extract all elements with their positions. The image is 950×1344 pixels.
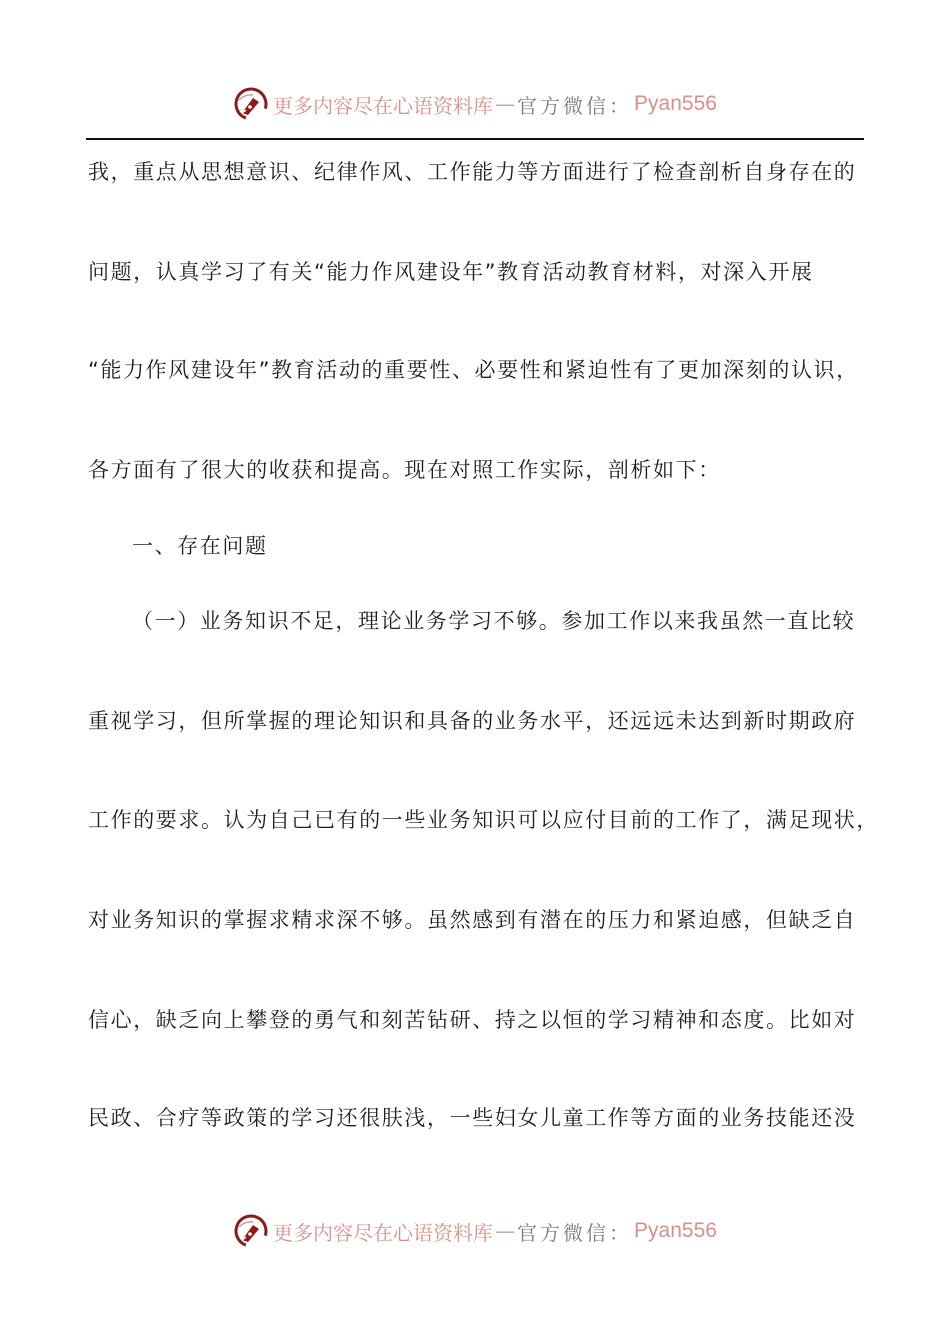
header-divider [86, 138, 864, 140]
footer-banner: 更多内容尽在心语资料库 — 官方微信： Pyan556 [0, 1209, 950, 1253]
header-banner: 更多内容尽在心语资料库 — 官方微信： Pyan556 [0, 82, 950, 126]
body-line: 问题，认真学习了有关“能力作风建设年”教育活动教育材料，对深入开展 [88, 252, 814, 292]
body-line: 工作的要求。认为自己已有的一些业务知识可以应付目前的工作了，满足现状， [88, 800, 879, 840]
pen-nib-logo-icon [233, 86, 269, 122]
body-line: 各方面有了很大的收获和提高。现在对照工作实际，剖析如下： [88, 450, 721, 490]
promo-text: 更多内容尽在心语资料库 [273, 90, 493, 119]
body-line: 信心，缺乏向上攀登的勇气和刻苦钻研、持之以恒的学习精神和态度。比如对 [88, 1000, 856, 1040]
body-line: 重视学习，但所掌握的理论知识和具备的业务水平，还远远未达到新时期政府 [88, 701, 856, 741]
body-line: 民政、合疗等政策的学习还很肤浅，一些妇女儿童工作等方面的业务技能还没 [88, 1098, 856, 1138]
separator-dash: — [495, 92, 515, 116]
wechat-id: Pyan556 [634, 92, 717, 116]
official-wechat-label: 官方微信： [517, 90, 632, 119]
promo-text: 更多内容尽在心语资料库 [273, 1217, 493, 1246]
body-line: 我，重点从思想意识、纪律作风、工作能力等方面进行了检查剖析自身存在的 [88, 152, 856, 192]
pen-nib-logo-icon [233, 1213, 269, 1249]
subsection-line: （一）业务知识不足，理论业务学习不够。参加工作以来我虽然一直比较 [132, 601, 855, 641]
wechat-id: Pyan556 [634, 1219, 717, 1243]
body-line: “能力作风建设年”教育活动的重要性、必要性和紧迫性有了更加深刻的认识， [88, 350, 859, 390]
section-heading: 一、存在问题 [132, 526, 268, 566]
body-line: 对业务知识的掌握求精求深不够。虽然感到有潜在的压力和紧迫感，但缺乏自 [88, 900, 856, 940]
separator-dash: — [495, 1219, 515, 1243]
official-wechat-label: 官方微信： [517, 1217, 632, 1246]
